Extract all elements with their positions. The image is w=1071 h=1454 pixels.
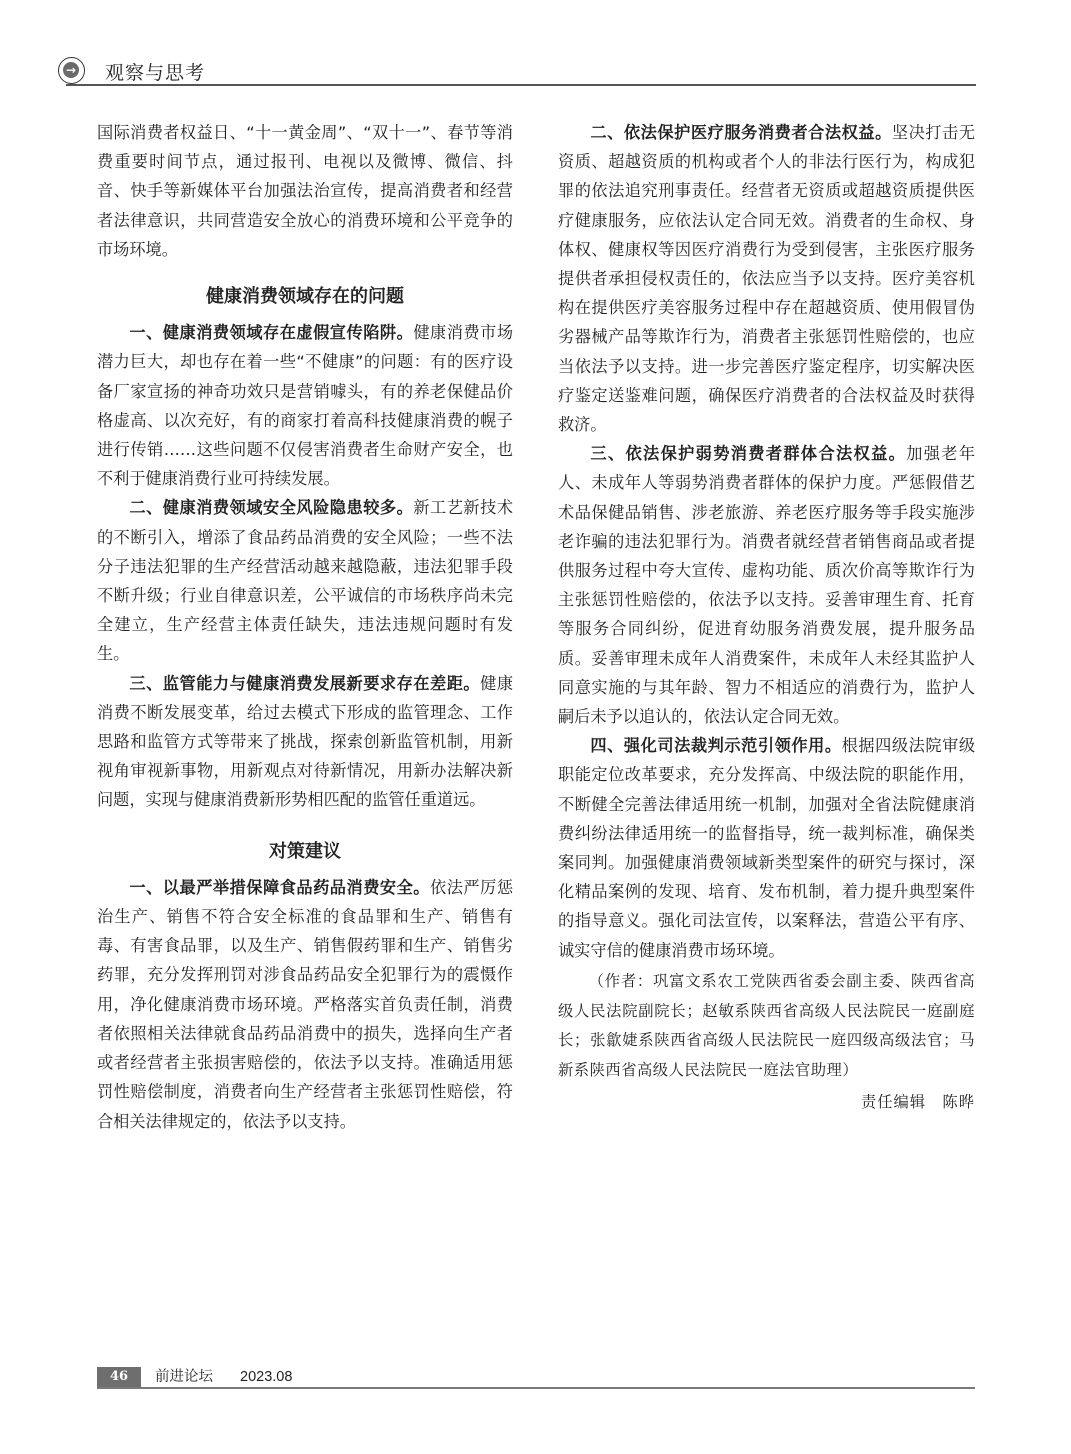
paragraph-body: 根据四级法院审级职能定位改革要求，充分发挥高、中级法院的职能作用，不断健全完善法…	[558, 736, 975, 959]
paragraph: 三、监管能力与健康消费发展新要求存在差距。健康消费不断发展变革，给过去模式下形成…	[97, 669, 513, 815]
paragraph-lead: 四、强化司法裁判示范引领作用。	[590, 736, 841, 755]
paragraph-lead: 二、健康消费领域安全风险隐患较多。	[129, 498, 413, 517]
author-note: （作者：巩富文系农工党陕西省委会副主委、陕西省高级人民法院副院长；赵敏系陕西省高…	[558, 967, 975, 1086]
paragraph: 二、健康消费领域安全风险隐患较多。新工艺新技术的不断引入，增添了食品药品消费的安…	[97, 493, 513, 668]
paragraph-body: 新工艺新技术的不断引入，增添了食品药品消费的安全风险；一些不法分子违法犯罪的生产…	[97, 498, 513, 663]
left-column: 国际消费者权益日、“十一黄金周”、“双十一”、春节等消费重要时间节点，通过报刊、…	[97, 118, 513, 1136]
intro-paragraph: 国际消费者权益日、“十一黄金周”、“双十一”、春节等消费重要时间节点，通过报刊、…	[97, 118, 513, 264]
paragraph: 一、健康消费领域存在虚假宣传陷阱。健康消费市场潜力巨大，却也存在着一些“不健康”…	[97, 318, 513, 493]
paragraph-lead: 一、以最严举措保障食品药品消费安全。	[129, 878, 430, 897]
paragraph-body: 依法严厉惩治生产、销售不符合安全标准的食品罪和生产、销售有毒、有害食品罪，以及生…	[97, 878, 513, 1131]
paragraph-body: 坚决打击无资质、超越资质的机构或者个人的非法行医行为，构成犯罪的依法追究刑事责任…	[558, 123, 975, 434]
running-header: → 观察与思考	[58, 57, 976, 86]
paragraph-lead: 三、监管能力与健康消费发展新要求存在差距。	[129, 674, 480, 693]
paragraph: 一、以最严举措保障食品药品消费安全。依法严厉惩治生产、销售不符合安全标准的食品罪…	[97, 873, 513, 1136]
issue-number: 2023.08	[240, 1367, 292, 1387]
paragraph: 四、强化司法裁判示范引领作用。根据四级法院审级职能定位改革要求，充分发挥高、中级…	[558, 731, 975, 965]
paragraph-body: 加强老年人、未成年人等弱势消费者群体的保护力度。严惩假借艺术品保健品销售、涉老旅…	[558, 444, 975, 726]
section-heading-suggestions: 对策建议	[97, 837, 513, 866]
header-rule	[66, 84, 976, 86]
journal-name: 前进论坛	[155, 1367, 213, 1387]
right-column: 二、依法保护医疗服务消费者合法权益。坚决打击无资质、超越资质的机构或者个人的非法…	[558, 118, 975, 1117]
section-title: 观察与思考	[105, 58, 205, 85]
footer-rule	[97, 1387, 975, 1389]
paragraph-lead: 三、依法保护弱势消费者群体合法权益。	[590, 444, 906, 463]
editor-credit: 责任编辑 陈晔	[558, 1088, 975, 1117]
paragraph-body: 健康消费市场潜力巨大，却也存在着一些“不健康”的问题：有的医疗设备厂家宣扬的神奇…	[97, 323, 513, 488]
paragraph-body: 健康消费不断发展变革，给过去模式下形成的监管理念、工作思路和监管方式等带来了挑战…	[97, 674, 513, 810]
paragraph: 二、依法保护医疗服务消费者合法权益。坚决打击无资质、超越资质的机构或者个人的非法…	[558, 118, 975, 439]
section-heading-problems: 健康消费领域存在的问题	[97, 282, 513, 311]
arrow-right-circle-icon: →	[58, 57, 85, 84]
paragraph-lead: 一、健康消费领域存在虚假宣传陷阱。	[129, 323, 413, 342]
running-footer: 46 前进论坛 2023.08	[97, 1367, 975, 1391]
page-number: 46	[97, 1367, 141, 1387]
paragraph-lead: 二、依法保护医疗服务消费者合法权益。	[590, 123, 891, 142]
paragraph: 三、依法保护弱势消费者群体合法权益。加强老年人、未成年人等弱势消费者群体的保护力…	[558, 439, 975, 731]
